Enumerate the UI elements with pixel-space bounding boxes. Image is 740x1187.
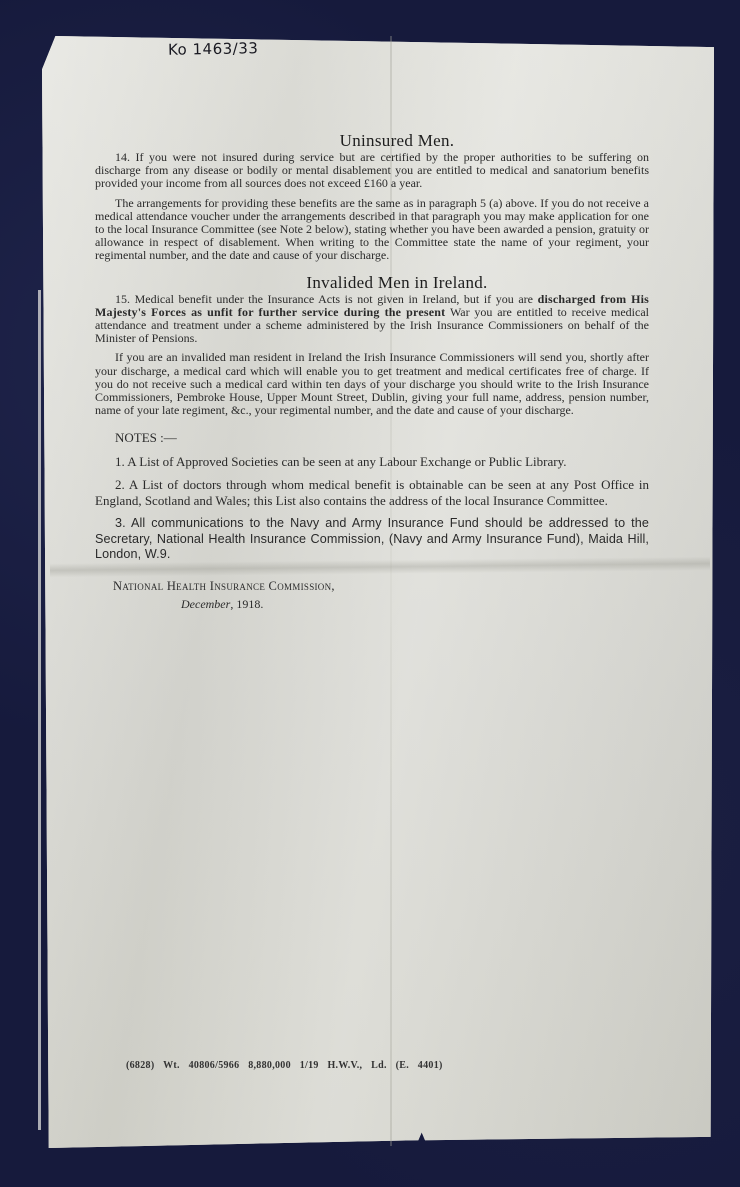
signature-year: , 1918. <box>230 597 263 611</box>
paper-edge <box>38 290 41 1130</box>
section-uninsured-men: Uninsured Men. 14. If you were not insur… <box>95 131 649 263</box>
heading-uninsured-men: Uninsured Men. <box>145 131 649 151</box>
signature-date: December, 1918. <box>113 595 649 613</box>
notes-section: NOTES :— 1. A List of Approved Societies… <box>95 430 649 563</box>
printer-imprint: (6828) Wt. 40806/5966 8,880,000 1/19 H.W… <box>126 1060 443 1071</box>
archive-reference: Ko 1463/33 <box>168 39 259 59</box>
section-invalided-ireland: Invalided Men in Ireland. 15. Medical be… <box>95 273 649 418</box>
note-3: 3. All communications to the Navy and Ar… <box>95 516 649 563</box>
paragraph-15-part1: 15. Medical benefit under the Insurance … <box>115 292 533 306</box>
note-1: 1. A List of Approved Societies can be s… <box>95 454 649 470</box>
signature-block: National Health Insurance Commission, De… <box>95 577 649 613</box>
heading-invalided-ireland: Invalided Men in Ireland. <box>145 273 649 293</box>
note-2: 2. A List of doctors through whom medica… <box>95 477 649 508</box>
paragraph-14-arrangements: The arrangements for providing these ben… <box>95 197 649 263</box>
signature-organization: National Health Insurance Commission, <box>113 577 649 595</box>
archive-reference-text: Ko 1463/33 <box>168 39 259 59</box>
document-body: Uninsured Men. 14. If you were not insur… <box>95 131 649 613</box>
signature-month: December <box>181 597 230 611</box>
paragraph-14: 14. If you were not insured during servi… <box>95 151 649 191</box>
paragraph-15: 15. Medical benefit under the Insurance … <box>95 293 649 346</box>
notes-label: NOTES :— <box>95 430 649 446</box>
paragraph-15-medical-card: If you are an invalided man resident in … <box>95 351 649 417</box>
